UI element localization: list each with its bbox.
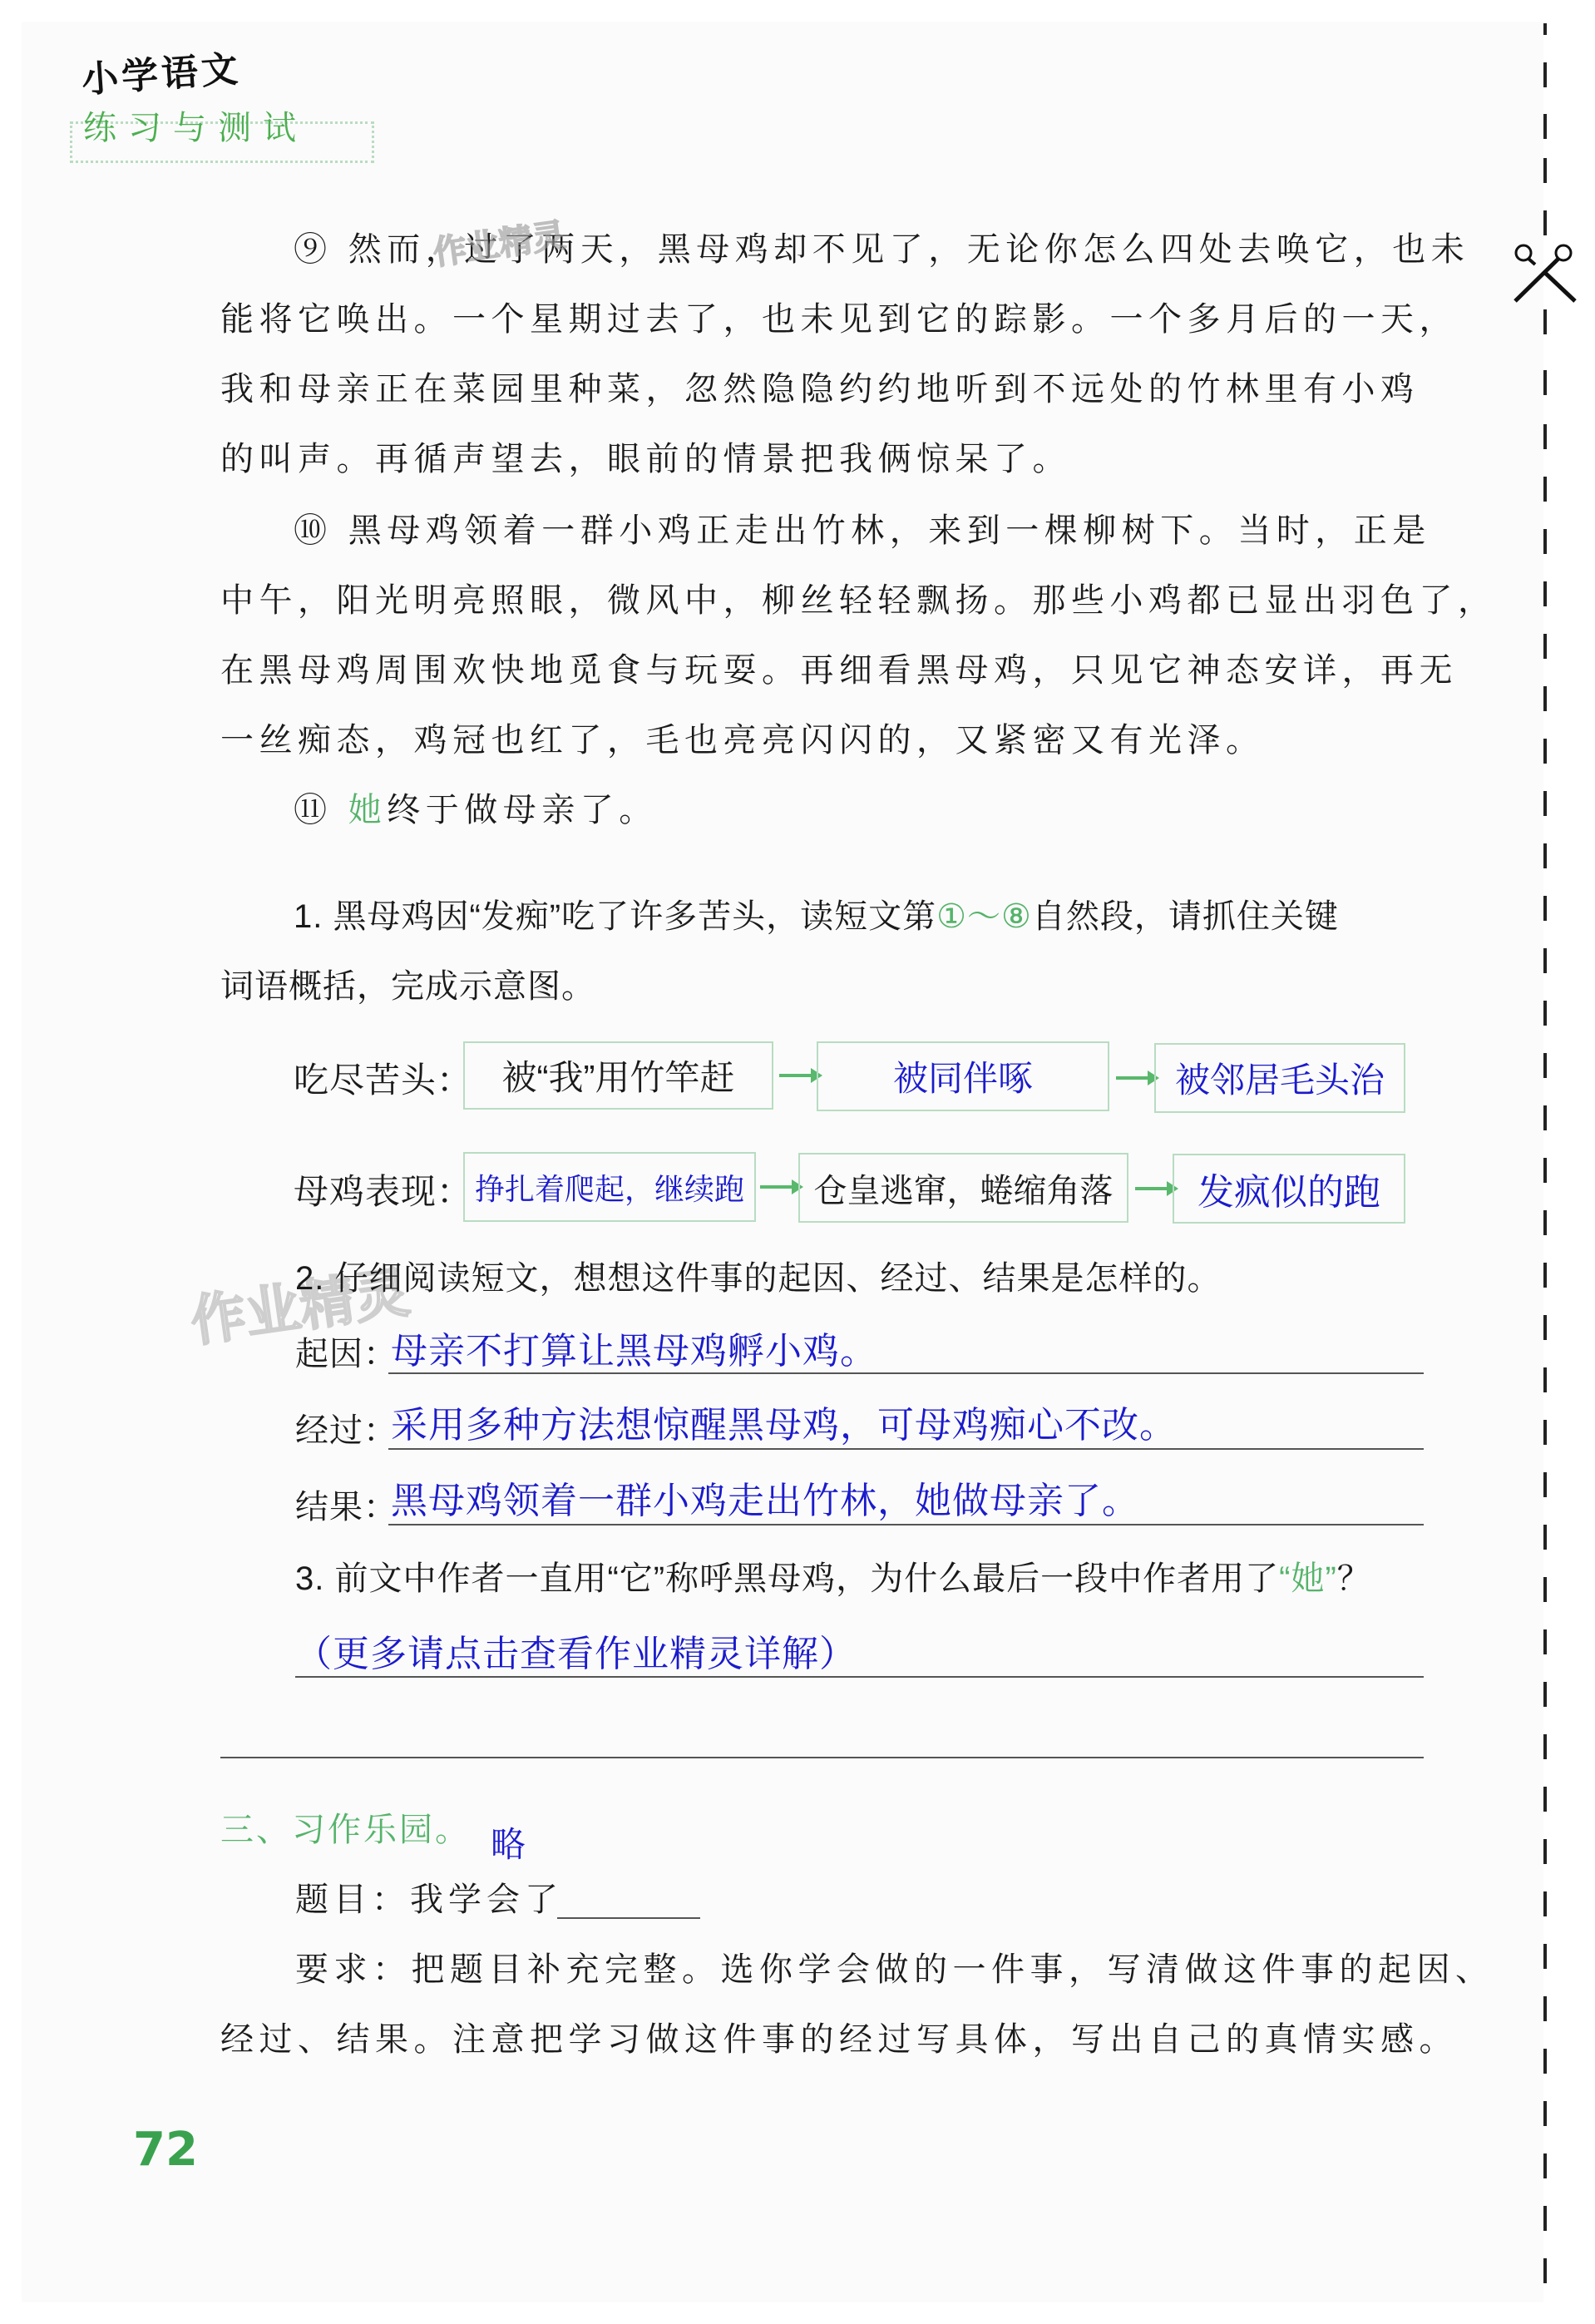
diagram-box-2-2: 仓皇逃窜，蜷缩角落	[798, 1153, 1128, 1223]
answer-line	[388, 1448, 1424, 1450]
answer-line	[388, 1524, 1424, 1525]
process-label: 经过：	[295, 1404, 398, 1451]
diagram-box-2-1[interactable]: 挣扎着爬起，继续跑	[463, 1152, 756, 1222]
process-answer[interactable]: 采用多种方法想惊醒黑母鸡，可母鸡痴心不改。	[391, 1395, 1177, 1448]
para-number: ⑩	[294, 512, 333, 550]
section-3-answer[interactable]: 略	[491, 1817, 526, 1867]
highlight-she-quoted: “她”	[1279, 1560, 1337, 1597]
arrow-icon	[1135, 1187, 1173, 1190]
topic-label: 题目：我学会了	[295, 1873, 563, 1921]
diagram-row2-label: 母鸡表现：	[294, 1164, 472, 1214]
question-3-prompt: 3. 前文中作者一直用“它”称呼黑母鸡，为什么最后一段中作者用了“她”？	[295, 1552, 1371, 1600]
question-3-answer[interactable]: （更多请点击查看作业精灵详解）	[295, 1624, 857, 1677]
paragraph-10: ⑩ 黑母鸡领着一群小鸡正走出竹林，来到一棵柳树下。当时，正是 中午，阳光明亮照眼…	[220, 496, 1428, 775]
cause-answer[interactable]: 母亲不打算让黑母鸡孵小鸡。	[391, 1321, 877, 1374]
diagram-box-1-1: 被“我”用竹竿赶	[463, 1041, 773, 1110]
scissors-icon	[1512, 241, 1578, 308]
highlight-she: 她	[348, 791, 388, 829]
section-3-heading: 三、习作乐园。	[220, 1803, 471, 1851]
requirement-line-1: 要求：把题目补充完整。选你学会做的一件事，写清做这件事的起因、	[295, 1943, 1494, 1990]
para-number: ⑨	[294, 230, 333, 269]
page-number: 72	[133, 2123, 198, 2177]
diagram-row1-label: 吃尽苦头：	[294, 1053, 472, 1103]
answer-line	[220, 1757, 1424, 1758]
result-label: 结果：	[295, 1481, 398, 1528]
diagram-box-2-3[interactable]: 发疯似的跑	[1173, 1154, 1405, 1224]
arrow-icon	[779, 1074, 817, 1077]
paragraph-11: ⑪ 她终于做母亲了。	[220, 775, 1428, 845]
paragraph-range: ①～⑧	[936, 898, 1032, 935]
series-title: 小学语文	[80, 39, 243, 103]
book-title: 练习与测试	[83, 101, 308, 149]
arrow-icon	[760, 1185, 798, 1189]
diagram-box-1-2[interactable]: 被同伴啄	[817, 1041, 1109, 1111]
topic-blank-line[interactable]	[557, 1917, 700, 1919]
question-1: 1. 黑母鸡因“发痴”吃了许多苦头，读短文第①～⑧自然段，请抓住关键 词语概括，…	[220, 882, 1428, 1021]
question-2-prompt: 2. 仔细阅读短文，想想这件事的起因、经过、结果是怎样的。	[295, 1252, 1221, 1299]
result-answer[interactable]: 黑母鸡领着一群小鸡走出竹林，她做母亲了。	[391, 1471, 1139, 1524]
arrow-icon	[1116, 1076, 1154, 1080]
answer-line	[388, 1372, 1424, 1374]
paragraph-9: ⑨ 然而，过了两天，黑母鸡却不见了，无论你怎么四处去唤它，也未 能将它唤出。一个…	[220, 215, 1428, 494]
para-number: ⑪	[294, 791, 333, 829]
requirement-line-2: 经过、结果。注意把学习做这件事的经过写具体，写出自己的真情实感。	[220, 2013, 1458, 2060]
answer-line	[295, 1676, 1424, 1678]
cause-label: 起因：	[295, 1328, 398, 1375]
diagram-box-1-3[interactable]: 被邻居毛头治	[1154, 1043, 1405, 1113]
